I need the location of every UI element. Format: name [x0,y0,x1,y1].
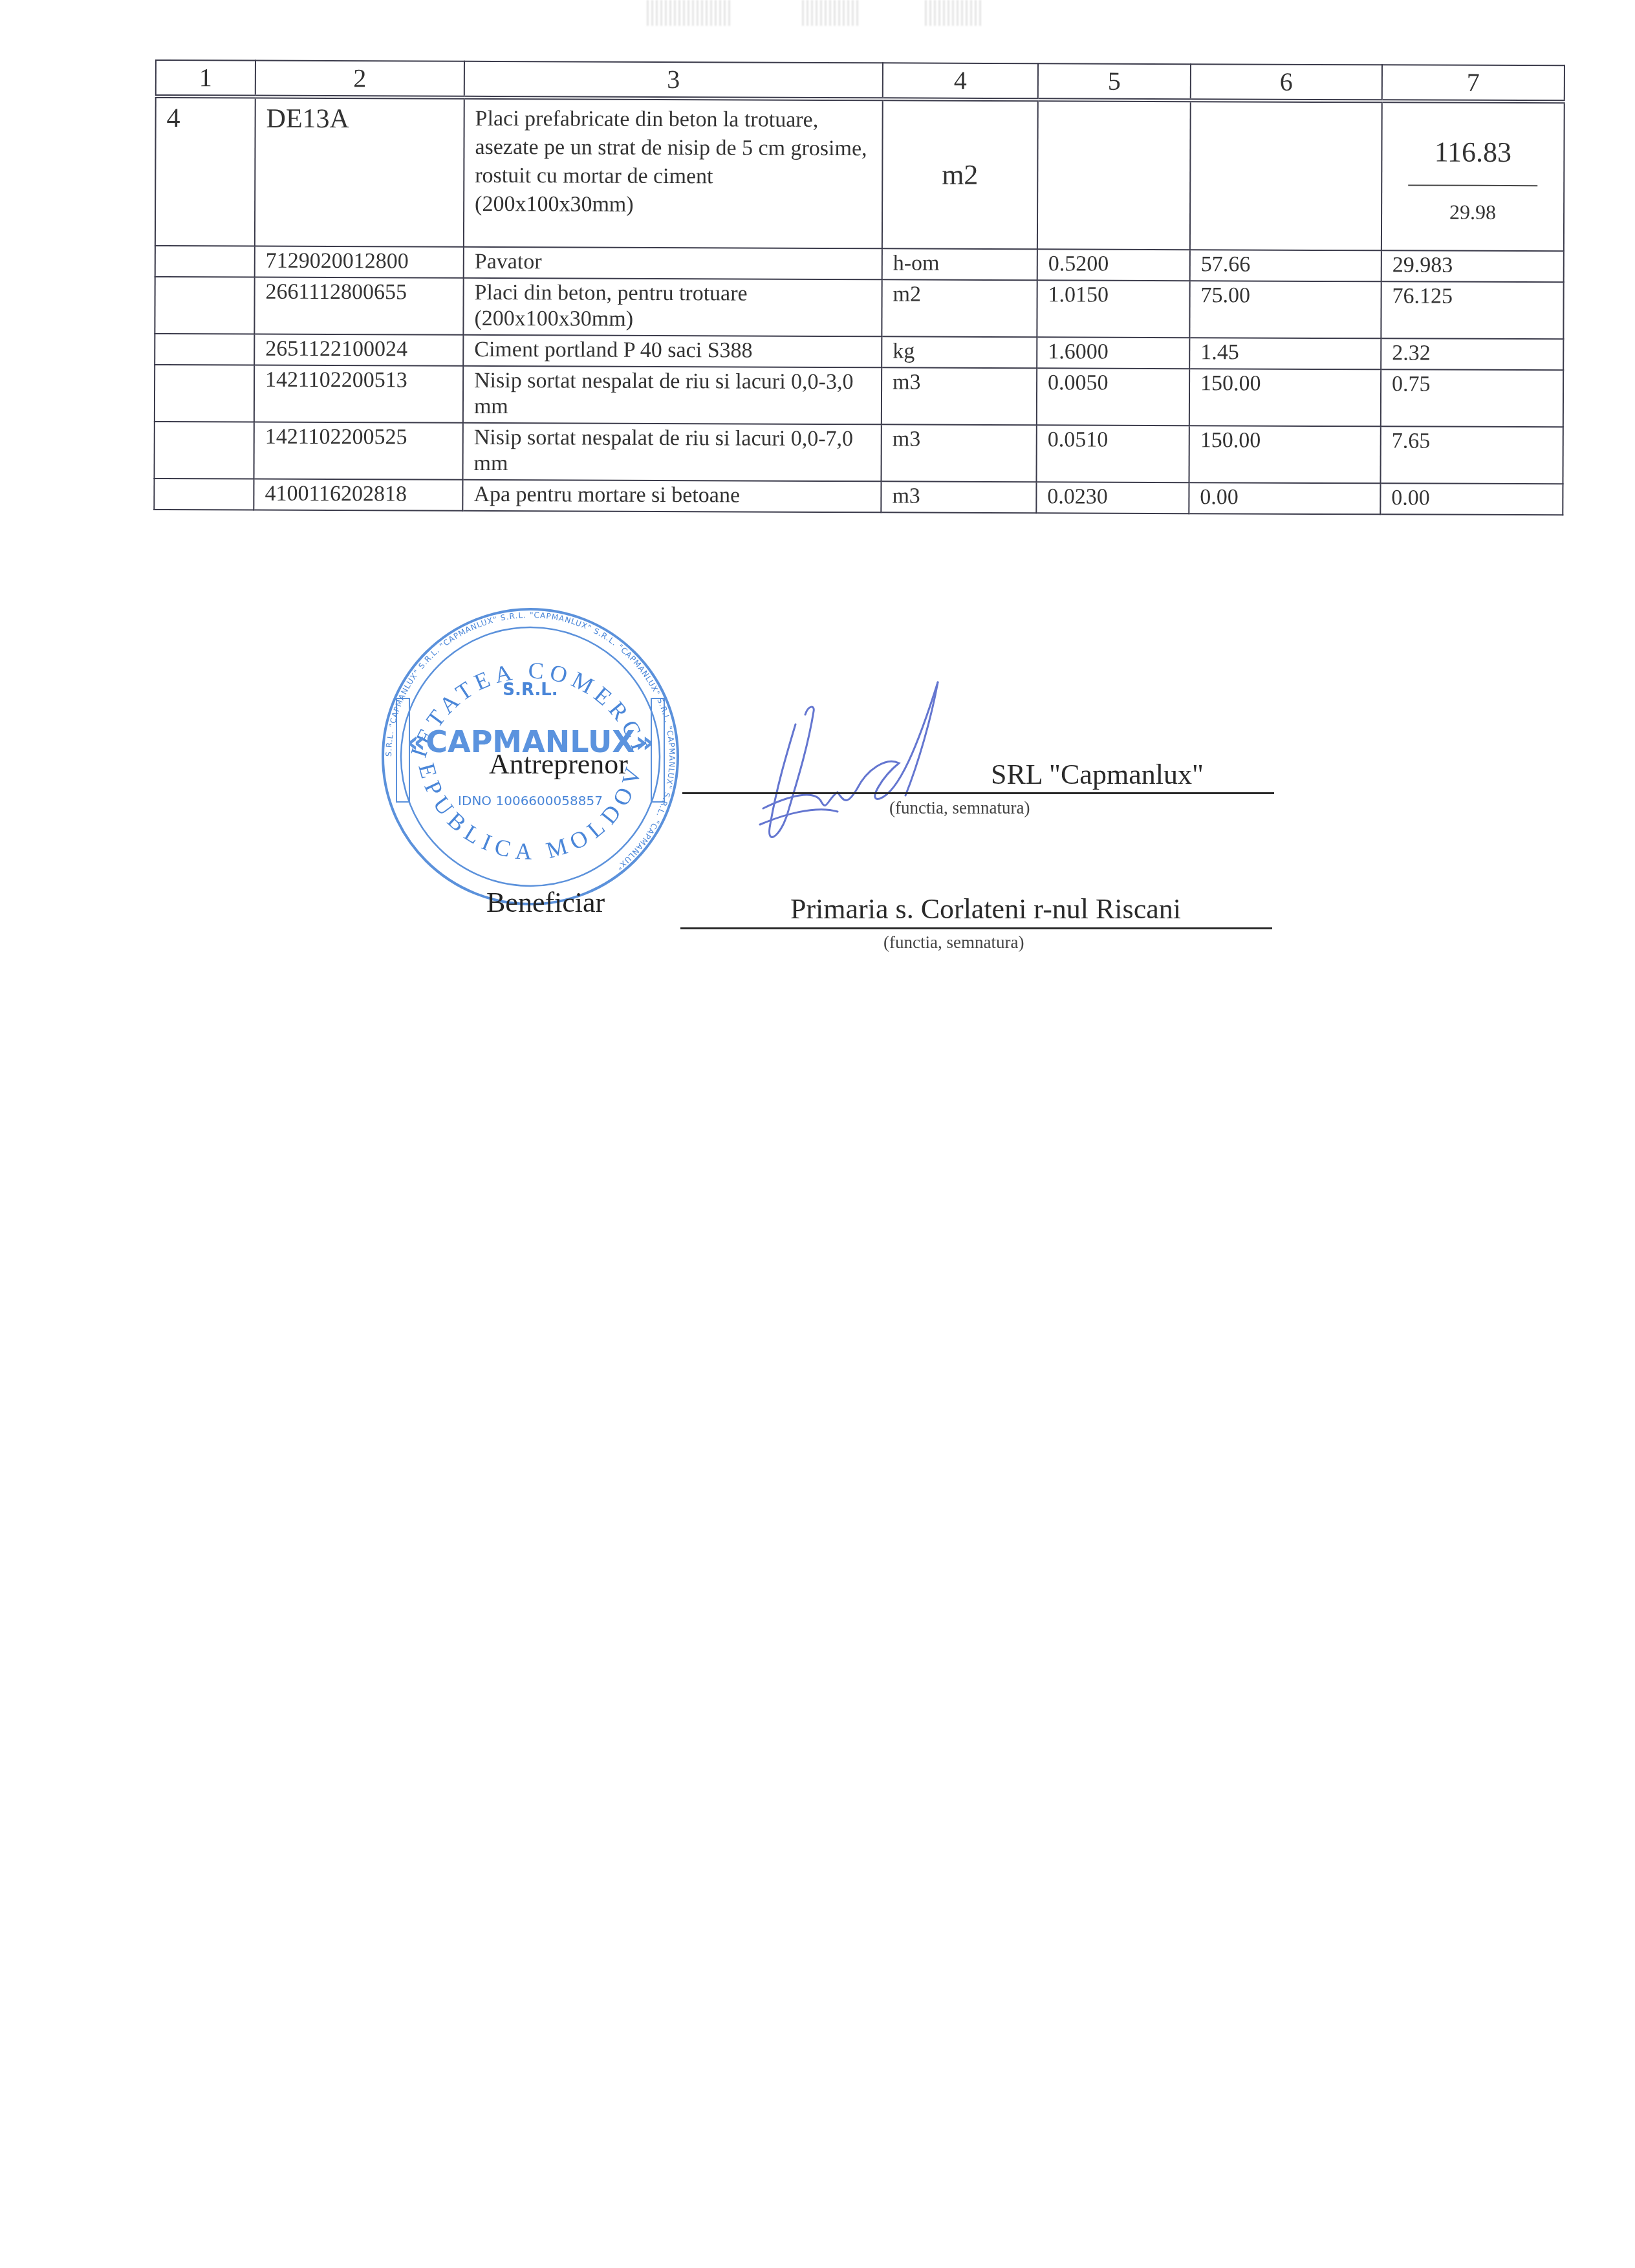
handwritten-signature [724,666,996,860]
resource-row: 1421102200525 Nisip sortat nespalat de r… [155,422,1563,484]
fraction-bar [1408,184,1537,186]
resource-rows: 7129020012800 Pavator h-om 0.5200 57.66 … [154,246,1564,515]
resource-price: 150.00 [1189,426,1381,483]
resource-name: Pavator [464,247,882,279]
resource-row: 7129020012800 Pavator h-om 0.5200 57.66 … [155,246,1564,282]
item-description: Placi prefabricate din beton la trotuare… [464,98,883,248]
resource-name: Apa pentru mortare si betoane [462,480,881,512]
resource-total: 7.65 [1380,426,1563,484]
item-price [1190,100,1382,250]
scan-artifact [802,0,860,26]
resource-code: 1421102200525 [254,422,463,480]
resource-code: 2661112800655 [254,277,463,335]
contractor-signature-line [682,792,1274,794]
resource-total: 76.125 [1381,281,1563,339]
scan-artifact [925,0,983,26]
resource-code: 1421102200513 [254,365,463,423]
contractor-role-label: Antreprenor [489,748,628,781]
resource-price: 0.00 [1189,482,1380,514]
resource-total: 29.983 [1381,250,1564,282]
resource-name: Ciment portland P 40 saci S388 [463,335,882,367]
resource-name: Nisip sortat nespalat de riu si lacuri 0… [463,366,882,424]
resource-total: 0.00 [1380,483,1563,515]
resource-unit: m3 [882,424,1037,482]
resource-price: 57.66 [1190,250,1381,281]
column-number: 1 [156,60,255,97]
column-number: 4 [883,63,1038,100]
resource-norm: 0.5200 [1037,249,1190,281]
resource-norm: 1.6000 [1037,337,1189,369]
resource-norm: 0.0510 [1037,425,1189,482]
resource-total: 2.32 [1381,338,1563,370]
resource-price: 1.45 [1189,338,1381,369]
resource-total: 0.75 [1381,369,1563,427]
resource-unit: m3 [882,367,1037,425]
column-number: 3 [464,61,883,99]
resource-name: Placi din beton, pentru trotuare (200x10… [463,278,882,336]
scan-artifact [647,0,731,26]
beneficiary-signature-line [680,927,1272,929]
main-item-row: 4 DE13A Placi prefabricate din beton la … [155,96,1565,251]
resource-unit: m3 [881,481,1036,513]
stamp-type: S.R.L. [503,680,558,700]
resource-blank [155,422,254,479]
resource-name: Nisip sortat nespalat de riu si lacuri 0… [463,423,882,481]
resource-blank [154,479,254,510]
resource-unit: kg [882,336,1037,368]
resource-blank [155,246,255,277]
resource-code: 4100116202818 [254,479,462,511]
resource-norm: 0.0230 [1036,482,1189,513]
resource-blank [155,277,254,334]
contractor-caption: (functia, semnatura) [889,798,1030,818]
resource-row: 2661112800655 Placi din beton, pentru tr… [155,277,1563,339]
column-number: 6 [1191,64,1382,101]
item-total-top: 116.83 [1392,134,1553,171]
column-number: 5 [1038,63,1191,100]
contractor-name: SRL "Capmanlux" [991,758,1204,791]
resource-row: 4100116202818 Apa pentru mortare si beto… [154,479,1563,515]
beneficiary-caption: (functia, semnatura) [883,933,1024,953]
resource-row: 1421102200513 Nisip sortat nespalat de r… [155,365,1563,427]
item-quantity [1037,100,1191,250]
resource-norm: 0.0050 [1037,368,1189,426]
column-number-row: 1 2 3 4 5 6 7 [156,60,1565,102]
resource-price: 75.00 [1189,281,1381,338]
item-number: 4 [155,96,255,246]
resource-blank [155,334,254,365]
resource-norm: 1.0150 [1037,280,1189,338]
resource-row: 2651122100024 Ciment portland P 40 saci … [155,334,1563,370]
item-unit: m2 [882,99,1038,249]
resource-unit: h-om [882,248,1037,280]
beneficiary-name: Primaria s. Corlateni r-nul Riscani [790,892,1181,925]
item-total: 116.83 29.98 [1381,101,1565,251]
item-total-bottom: 29.98 [1392,199,1553,225]
resource-code: 2651122100024 [254,334,463,366]
resource-unit: m2 [882,279,1037,337]
column-number: 7 [1382,65,1565,102]
resource-blank [155,365,254,422]
resource-code: 7129020012800 [255,246,464,278]
item-code: DE13A [255,97,464,247]
estimate-table: 1 2 3 4 5 6 7 4 DE13A Placi prefabricate… [153,59,1565,515]
stamp-idno: IDNO 1006600058857 [458,793,603,808]
column-number: 2 [255,61,464,98]
resource-price: 150.00 [1189,369,1381,426]
beneficiary-role-label: Beneficiar [486,886,605,919]
